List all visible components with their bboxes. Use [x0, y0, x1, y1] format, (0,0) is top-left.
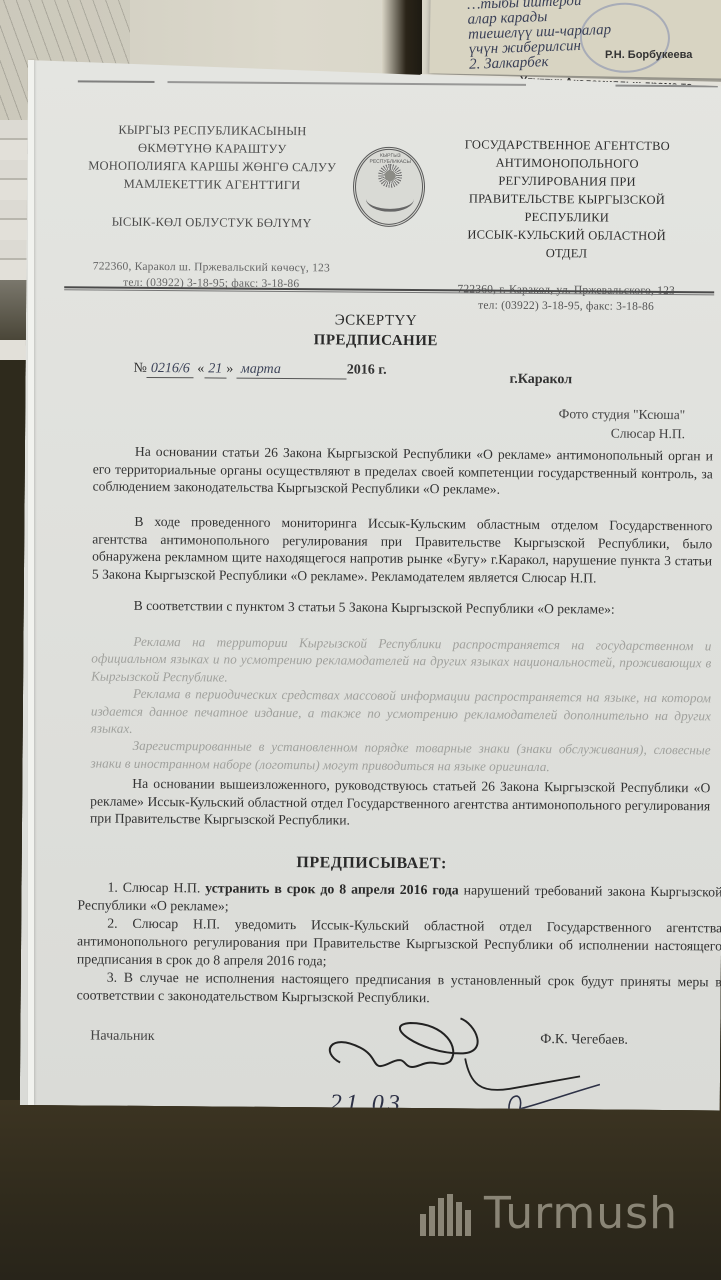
paragraph-law-reference: В соответствии с пунктом 3 статьи 5 Зако… [92, 597, 712, 619]
header-russian-line: АНТИМОНОПОЛЬНОГО [447, 153, 687, 173]
address-line: 722360, Каракол ш. Пржевальский көчөсү, … [66, 258, 356, 276]
house-logo-icon [420, 1194, 478, 1236]
falcon-wings-icon [366, 186, 414, 212]
order-deadline: устранить в срок до 8 апреля 2016 года [205, 880, 458, 897]
header-kyrgyz-line: КЫРГЫЗ РЕСПУБЛИКАСЫНЫН [67, 120, 357, 140]
watermark-brand: Turmush [484, 1192, 678, 1236]
background-handwritten-note: …тыбы иштерди алар карады тиешелүү иш-ча… [429, 0, 721, 79]
reference-line: №0216/6 «21» марта2016 г. [134, 361, 387, 380]
header-russian-line: ОТДЕЛ [446, 243, 686, 263]
reference-month: марта [237, 362, 347, 380]
header-kyrgyz-department: ЫСЫК-КӨЛ ОБЛУСТУК БӨЛҮМҮ [67, 212, 357, 232]
paragraph-text: В соответствии с пунктом 3 статьи 5 Зако… [92, 597, 712, 619]
reference-number: 0216/6 [147, 361, 194, 378]
quoted-law-text: Реклама на территории Кыргызской Республ… [90, 633, 711, 777]
document-edge [28, 60, 34, 1105]
header-russian-line: ПРАВИТЕЛЬСТВЕ КЫРГЫЗСКОЙ [447, 189, 687, 209]
order-text: 2. Слюсар Н.П. уведомить Иссык-Кульский … [77, 916, 721, 969]
reference-year: 2016 г. [347, 363, 387, 378]
header-russian-line: РЕСПУБЛИКИ [447, 207, 687, 227]
header-russian-line: ИССЫК-КУЛЬСКИЙ ОБЛАСТНОЙ [447, 225, 687, 245]
order-text: 3. В случае не исполнения настоящего пре… [77, 970, 721, 1006]
reference-day: 21 [204, 361, 226, 378]
quoted-law-paragraph: Зарегистрированные в установленном поряд… [90, 737, 710, 777]
header-russian-line: ГОСУДАРСТВЕННОЕ АГЕНТСТВО [447, 135, 687, 155]
paragraph-conclusion: На основании вышеизложенного, руководств… [90, 775, 710, 833]
city: г.Каракол [509, 372, 572, 388]
quoted-law-paragraph: Реклама в периодических средствах массов… [91, 685, 711, 742]
signatory-title: Начальник [90, 1029, 154, 1046]
background-shadow [382, 0, 422, 85]
title-russian: ПРЕДПИСАНИЕ [26, 328, 721, 353]
watermark: Turmush [420, 1186, 678, 1236]
header-russian: ГОСУДАРСТВЕННОЕ АГЕНТСТВО АНТИМОНОПОЛЬНО… [446, 135, 687, 315]
paragraph-monitoring: В ходе проведенного мониторинга Иссык-Ку… [92, 513, 713, 588]
recipient: Фото студия "Ксюша" Слюсар Н.П. [485, 404, 685, 444]
header-kyrgyz-line: ӨКМӨТҮНӨ КАРАШТУУ [67, 138, 357, 158]
order-text: 1. Слюсар Н.П. [107, 880, 205, 896]
recipient-company: Фото студия "Ксюша" [485, 404, 685, 425]
state-emblem-icon: КЫРГЫЗ РЕСПУБЛИКАСЫ [353, 147, 426, 228]
header-russian-line: РЕГУЛИРОВАНИЯ ПРИ [447, 171, 687, 191]
order-item: 1. Слюсар Н.П. устранить в срок до 8 апр… [77, 878, 721, 919]
sun-icon [378, 164, 402, 188]
number-sign: № [134, 361, 147, 376]
header-russian-address: 722360, г. Каракол, ул. Пржевальского, 1… [446, 281, 686, 315]
note-signer: Р.Н. Борбукеева [605, 49, 692, 61]
orders-list: 1. Слюсар Н.П. устранить в срок до 8 апр… [77, 878, 721, 1009]
document-sheet: КЫРГЫЗ РЕСПУБЛИКАСЫНЫН ӨКМӨТҮНӨ КАРАШТУУ… [20, 60, 721, 1110]
paragraph-text: На основании вышеизложенного, руководств… [90, 775, 710, 833]
paragraph-text: В ходе проведенного мониторинга Иссык-Ку… [92, 513, 713, 588]
header-kyrgyz-line: МАМЛЕКЕТТИК АГЕНТТИГИ [67, 174, 357, 194]
quoted-law-paragraph: Реклама на территории Кыргызской Республ… [91, 633, 711, 690]
header-kyrgyz-line: МОНОПОЛИЯГА КАРШЫ ЖӨНГӨ САЛУУ [67, 156, 357, 176]
header-kyrgyz: КЫРГЫЗ РЕСПУБЛИКАСЫНЫН ӨКМӨТҮНӨ КАРАШТУУ… [66, 120, 357, 292]
recipient-person: Слюсар Н.П. [485, 423, 685, 444]
quote-close: » [226, 362, 233, 377]
document-title: ЭСКЕРТҮҮ ПРЕДПИСАНИЕ [26, 308, 721, 353]
paragraph-legal-basis: На основании статьи 26 Закона Кыргызской… [93, 443, 713, 501]
paragraph-text: На основании статьи 26 Закона Кыргызской… [93, 443, 713, 501]
order-heading: ПРЕДПИСЫВАЕТ: [22, 852, 721, 875]
order-item: 3. В случае не исполнения настоящего пре… [77, 968, 721, 1009]
signatory-name: Ф.К. Чегебаев. [540, 1032, 628, 1049]
order-item: 2. Слюсар Н.П. уведомить Иссык-Кульский … [77, 914, 721, 973]
note-handwriting: …тыбы иштерди алар карады тиешелүү иш-ча… [467, 0, 689, 73]
